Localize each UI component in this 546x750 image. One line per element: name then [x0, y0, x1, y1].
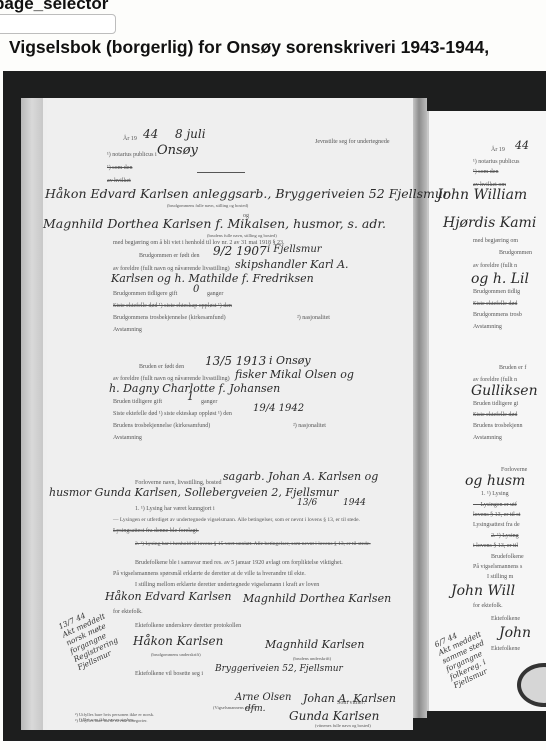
forlovere-1: sagarb. Johan A. Karlsen og [223, 470, 378, 483]
right-page: År 19 44 ¹) notarius publicus ¹) som den… [423, 111, 546, 711]
rp-brudefolkene: Brudefolkene [491, 554, 524, 560]
groom-parents-1: skipshandler Karl A. [235, 258, 349, 271]
rp-parents-hand: og h. Lil [471, 271, 529, 287]
vigselsmannen-text: På vigselsmannens spørsmål erklærte de d… [113, 571, 306, 577]
groom-nationality-label: ²) nasjonalitet [297, 315, 330, 321]
lysing-date: 13/6 [297, 498, 317, 508]
rp-groom-born: Brudgommen [499, 250, 532, 256]
rp-year: 44 [515, 139, 529, 152]
rp-underskrev: Ektefolkene [491, 616, 520, 622]
groom-hand: Håkon Edvard Karlsen anleggsarb., Brygge… [45, 186, 449, 201]
year-hand: 44 [143, 127, 158, 141]
bride-times: 1 [187, 390, 194, 403]
bride-avstamning-label: Avstamning [113, 435, 142, 441]
rp-i-stilling: I stilling m [487, 574, 513, 580]
rp-lysing-text: — Lysingen er utf [473, 502, 517, 508]
lysingsattest-label: Lysingsattest fra denne ble forelagt. [113, 528, 199, 534]
forlovere-2: husmor Gunda Karlsen, Sollebergveien 2, … [49, 486, 338, 499]
bride-signature-caption: (brudens underskrift) [293, 656, 331, 661]
bekjent-label: av hvilket [107, 178, 131, 184]
rp-lovens: lovens § 13, er til st [473, 512, 520, 518]
lysing1-label: 1. ¹) Lysing har været kunngjort i [135, 506, 215, 512]
lysing-year: 1944 [343, 498, 366, 508]
groom-times-label: ganger [207, 291, 223, 297]
bride-caption: (brudens fulle navn, stilling og bosted) [207, 233, 277, 238]
prev-spouse-label: Siste ektefelle død ¹) siste ekteskap op… [113, 303, 232, 309]
rp-groom-prev: Brudgommen tidlig [473, 289, 520, 295]
groom-avstamning-label: Avstamning [113, 327, 142, 333]
rp-bride-parents: Gulliksen [471, 383, 538, 399]
rp-avstamning: Avstamning [473, 324, 502, 330]
rp-year-prefix: År 19 [491, 147, 505, 153]
rp-vigselsmannen: På vigselsmannens s [473, 564, 522, 570]
ektefolk-label: for ektefolk. [113, 609, 143, 615]
bride-birth-place: i Onsøy [269, 354, 311, 367]
bride-nationality-label: ²) nasjonalitet [293, 423, 326, 429]
rp-lovens2: i lovens § 13, er til [473, 543, 518, 549]
groom-signature-caption: (brudgommens underskrift) [151, 652, 201, 657]
bride-prev-spouse-label: Siste ektefelle død ¹) siste ekteskap op… [113, 411, 232, 417]
groom-born-label: Brudgommen er født den [139, 253, 200, 259]
groom-times: 0 [193, 284, 199, 295]
rp-groom-name-line: John Will [451, 583, 515, 599]
groom-signature: Håkon Karlsen [133, 634, 223, 648]
bride-born-label: Bruden er født den [139, 364, 184, 370]
rp-groom-religion: Brudgommens trosb [473, 312, 522, 318]
rp-bride-born: Bruden er f [499, 365, 526, 371]
groom-caption: (brudgommens fulle navn, stilling og bos… [167, 203, 248, 208]
rp-som-den: ¹) som den [473, 169, 498, 175]
groom-birth-date: 9/2 1907 [213, 244, 267, 258]
rp-ektefolk: for ektefolk. [473, 603, 503, 609]
officiant-title: dfm. [245, 704, 266, 714]
officiant-signature: Arne Olsen [235, 692, 291, 703]
rp-prev-spouse: Siste ektefelle død [473, 301, 517, 307]
rp-forlovere: og husm [465, 473, 525, 489]
witness-caption: (vitnenes fulle navn og bosted) [315, 723, 371, 728]
rp-groom-signature: John [499, 625, 531, 641]
i-stilling-text: I stilling mellom erklærte deretter unde… [135, 582, 319, 588]
lysing-text: — Lysingen er utferdiget av undertegnede… [113, 517, 360, 523]
notarius-label: ¹) notarius publicus i [107, 152, 157, 158]
rp-bride-prev: Bruden tidligere gi [473, 401, 518, 407]
page-selector-input[interactable] [0, 14, 116, 34]
book-spine [21, 98, 43, 730]
bride-religion-label: Brudens trosbekjennelse (kirkesamfund) [113, 423, 210, 429]
rp-bosette: Ektefolkene [491, 646, 520, 652]
underskrev-label: Ektefolkene underskrev deretter protokol… [135, 623, 241, 629]
footnote-3: ³) Utfylles bare for de nevnte kategorie… [75, 718, 147, 723]
som-den-label: ¹) som den [107, 165, 132, 171]
groom-birth-place: i Fjellsmur [267, 244, 322, 255]
rp-bride: Hjørdis Kami [443, 215, 536, 231]
bride-prev-married-label: Bruden tidligere gift [113, 399, 162, 405]
rp-lysing1: 1. ¹) Lysing [481, 491, 509, 497]
rp-bride-prev-spouse: Siste ektefelle død [473, 412, 517, 418]
rp-parents: av foreldre (fullt n [473, 263, 517, 269]
lysing2-label: 2. ¹) Lysing har i henhold til lovens § … [135, 541, 371, 547]
groom-prev-married-label: Brudgommen tidligere gift [113, 291, 177, 297]
groom-parents-2: Karlsen og h. Mathilde f. Fredriksen [111, 272, 314, 285]
place-hand: Onsøy [157, 143, 198, 158]
date-hand: 8 juli [175, 127, 206, 141]
bride-birth-date: 13/5 1913 [205, 354, 266, 368]
bride-signature: Magnhild Karlsen [265, 638, 364, 651]
rp-groom: John William [437, 187, 527, 203]
jevnstilte-label: Jevnstilte seg for undertegnede [315, 139, 389, 145]
rp-notarius: ¹) notarius publicus [473, 159, 519, 165]
official-stamp-icon [517, 663, 546, 707]
footnote-2: ²) Utfylles bare hvis personen ikke er n… [75, 712, 154, 717]
bride-hand: Magnhild Dorthea Karlsen f. Mikalsen, hu… [43, 216, 386, 231]
document-image-viewer[interactable]: År 19 44 ¹) notarius publicus ¹) som den… [3, 71, 546, 741]
bride-name-line: Magnhild Dorthea Karlsen [243, 592, 391, 605]
bride-parents-1: fisker Mikal Olsen og [235, 368, 354, 381]
bosette-label: Ektefolkene vil bosette seg i [135, 671, 203, 677]
witness-2-signature: Gunda Karlsen [289, 709, 379, 723]
rp-margin-note: 6/7 44 Akt meddelt samme sted forgangne … [433, 621, 498, 690]
document-title: Vigselsbok (borgerlig) for Onsøy sorensk… [9, 37, 489, 58]
rp-lysingsattest: Lysingsattest fra de [473, 522, 520, 528]
struck-line [197, 172, 245, 173]
brudefolkene-text: Brudefolkene ble i samsvar med res. av 5… [135, 560, 343, 566]
residence-hand: Bryggeriveien 52, Fjellsmur [215, 664, 343, 674]
groom-name-line: Håkon Edvard Karlsen [105, 590, 231, 603]
groom-religion-label: Brudgommens trosbekjennelse (kirkesamfun… [113, 315, 226, 321]
rp-avstamning-2: Avstamning [473, 435, 502, 441]
bride-prev-spouse-date: 19/4 1942 [253, 403, 304, 414]
year-prefix: År 19 [123, 136, 137, 142]
page-selector-label: page_selector [0, 0, 108, 14]
rp-lysing2: 2. ¹) Lysing [491, 533, 519, 539]
witness-1-signature: Johan A. Karlsen [303, 692, 396, 705]
rp-law: med begjæring om [473, 238, 518, 244]
rp-bride-religion: Brudens trosbekjenn [473, 423, 523, 429]
bride-times-label: ganger [201, 399, 217, 405]
bride-parents-2: h. Dagny Charlotte f. Johansen [109, 382, 280, 395]
